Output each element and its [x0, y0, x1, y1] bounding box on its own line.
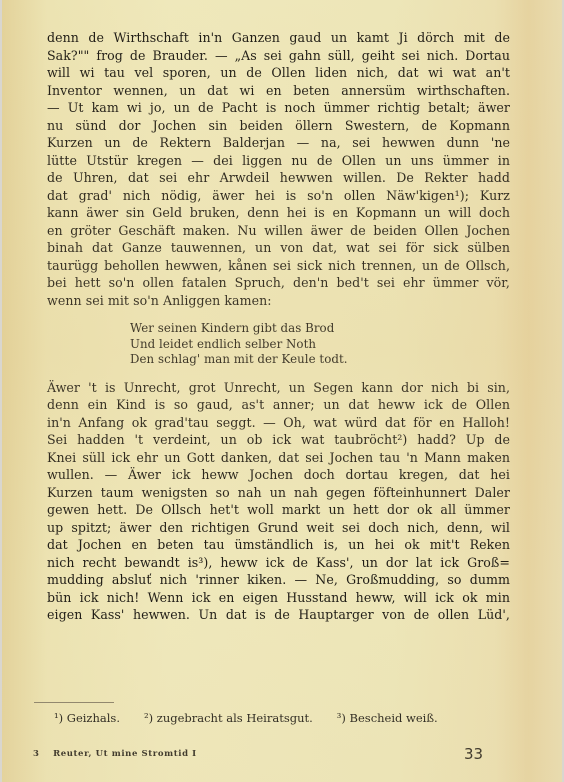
text-line: Kurzen un de Rektern Balderjan — na, sei…	[47, 134, 510, 152]
page-number: 33	[464, 745, 483, 763]
text-line: de Uhren, dat sei ehr Arwdeil hewwen wil…	[47, 169, 510, 187]
verse-line: Wer seinen Kindern gibt das Brod	[130, 321, 510, 337]
text-line: denn de Wirthschaft in'n Ganzen gaud un …	[47, 29, 510, 47]
text-line: wenn sei mit so'n Anliggen kamen:	[47, 292, 510, 310]
footnotes: ¹) Geizhals. ²) zugebracht als Heiratsgu…	[54, 711, 514, 725]
text-line: nich recht bewandt is³), heww ick de Kas…	[47, 554, 510, 572]
text-line: will wi tau vel sporen, un de Ollen lide…	[47, 64, 510, 82]
text-line: Kurzen taum wenigsten so nah un nah gege…	[47, 484, 510, 502]
text-line: mudding absluť nich 'rinner kiken. — Ne,…	[47, 571, 510, 589]
footnote-mark: ³)	[337, 711, 346, 725]
text-line: binah dat Ganze tauwennen, un von dat, w…	[47, 239, 510, 257]
text-line: bei hett so'n ollen fatalen Spruch, den'…	[47, 274, 510, 292]
text-line: Knei süll ick ehr un Gott danken, dat se…	[47, 449, 510, 467]
text-line: en gröter Geschäft maken. Nu willen äwer…	[47, 222, 510, 240]
footnote-2: ²) zugebracht als Heiratsgut.	[144, 711, 313, 725]
verse-line: Den schlag' man mit der Keule todt.	[130, 352, 510, 368]
footnote-1: ¹) Geizhals.	[54, 711, 120, 725]
text-line: dat Jochen en beten tau ümständlich is, …	[47, 536, 510, 554]
footnote-mark: ²)	[144, 711, 153, 725]
verse-quote: Wer seinen Kindern gibt das Brod Und lei…	[130, 321, 510, 368]
text-line: Sei hadden 't verdeint, un ob ick wat ta…	[47, 431, 510, 449]
paragraph-1: denn de Wirthschaft in'n Ganzen gaud un …	[47, 29, 510, 309]
text-line: bün ick nich! Wenn ick en eigen Husstand…	[47, 589, 510, 607]
text-line: nu sünd dor Jochen sin beiden öllern Swe…	[47, 117, 510, 135]
signature-number: 3	[33, 749, 40, 759]
footnote-3: ³) Bescheid weiß.	[337, 711, 438, 725]
footnote-text: Geizhals.	[67, 711, 120, 725]
text-line: wullen. — Äwer ick heww Jochen doch dort…	[47, 466, 510, 484]
text-line: taurügg behollen hewwen, kånen sei sick …	[47, 257, 510, 275]
text-line: lütte Utstür kregen — dei liggen nu de O…	[47, 152, 510, 170]
paragraph-2: Äwer 't is Unrecht, grot Unrecht, un Seg…	[47, 379, 510, 624]
footnote-mark: ¹)	[54, 711, 63, 725]
text-line: dat grad' nich nödig, äwer hei is so'n o…	[47, 187, 510, 205]
text-line: gewen hett. De Ollsch het't woll markt u…	[47, 501, 510, 519]
text-line: Äwer 't is Unrecht, grot Unrecht, un Seg…	[47, 379, 510, 397]
text-line: kann äwer sin Geld bruken, denn hei is e…	[47, 204, 510, 222]
footnote-text: Bescheid weiß.	[350, 711, 438, 725]
text-line: eigen Kass' hewwen. Un dat is de Hauptar…	[47, 606, 510, 624]
text-line: in'n Anfang ok grad'tau seggt. — Oh, wat…	[47, 414, 510, 432]
signature-text: Reuter, Ut mine Stromtid I	[53, 749, 197, 759]
text-line: denn ein Kind is so gaud, as't anner; un…	[47, 396, 510, 414]
text-line: Inventor wennen, un dat wi en beten anne…	[47, 82, 510, 100]
verse-line: Und leidet endlich selber Noth	[130, 337, 510, 353]
text-line: — Ut kam wi jo, un de Pacht is noch ümme…	[47, 99, 510, 117]
text-line: Sak?"" frog de Brauder. — „As sei gahn s…	[47, 47, 510, 65]
footnote-divider	[34, 702, 114, 703]
text-line: up spitzt; äwer den richtigen Grund weit…	[47, 519, 510, 537]
body-text: denn de Wirthschaft in'n Ganzen gaud un …	[47, 29, 510, 624]
book-page: denn de Wirthschaft in'n Ganzen gaud un …	[2, 0, 562, 782]
footnote-text: zugebracht als Heiratsgut.	[157, 711, 313, 725]
printer-signature: 3 Reuter, Ut mine Stromtid I	[33, 749, 197, 759]
